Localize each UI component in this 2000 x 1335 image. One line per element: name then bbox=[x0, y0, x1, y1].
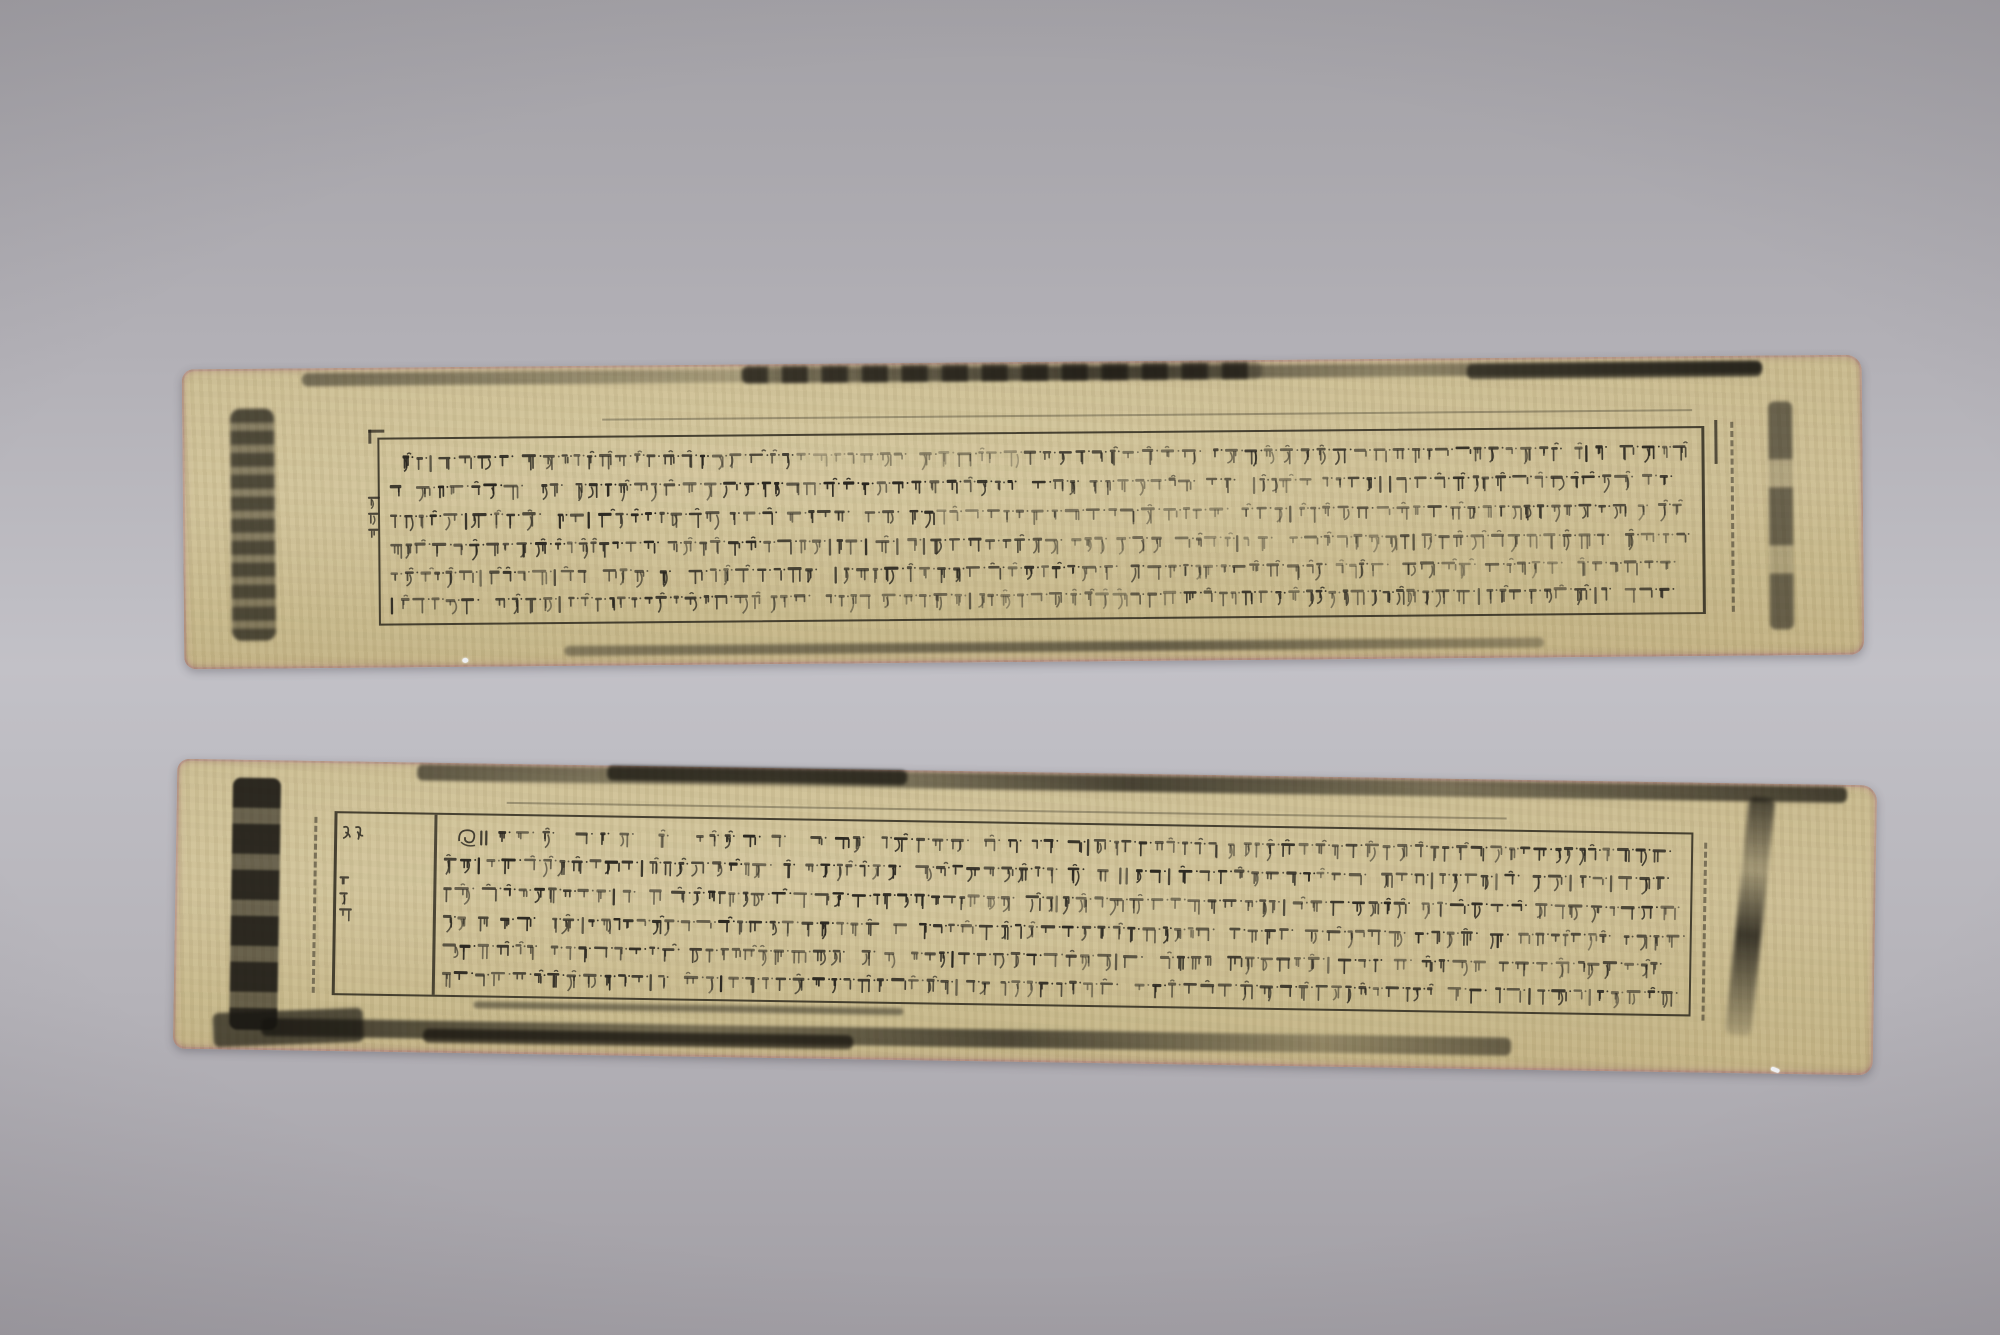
ink-smudge bbox=[1467, 362, 1762, 380]
paper-thread bbox=[1770, 1066, 1780, 1073]
ink-smudge bbox=[230, 409, 276, 641]
frame-ghost-mark bbox=[368, 430, 371, 444]
ink-smudge bbox=[1725, 797, 1775, 1036]
ink-smudge bbox=[1768, 401, 1794, 629]
frame-ghost-dashes bbox=[312, 817, 318, 993]
frame-ghost-dashes bbox=[1701, 843, 1707, 1021]
frame-ghost-line bbox=[602, 409, 1692, 421]
folio-bottom bbox=[173, 759, 1877, 1076]
photo-background bbox=[0, 0, 2000, 1335]
ink-smudge bbox=[473, 1001, 903, 1015]
margin-note-top bbox=[366, 494, 389, 556]
margin-folio-number bbox=[339, 823, 369, 841]
folio-top bbox=[182, 355, 1865, 670]
ink-smudge bbox=[229, 778, 281, 1031]
margin-divider bbox=[432, 815, 437, 995]
paper-speck bbox=[462, 658, 468, 663]
frame-ghost-mark bbox=[1714, 420, 1717, 464]
frame-ghost-dashes bbox=[1730, 422, 1735, 612]
ink-smudge bbox=[564, 637, 1544, 656]
margin-note-bottom bbox=[337, 873, 358, 925]
ink-smudge bbox=[742, 362, 1262, 384]
